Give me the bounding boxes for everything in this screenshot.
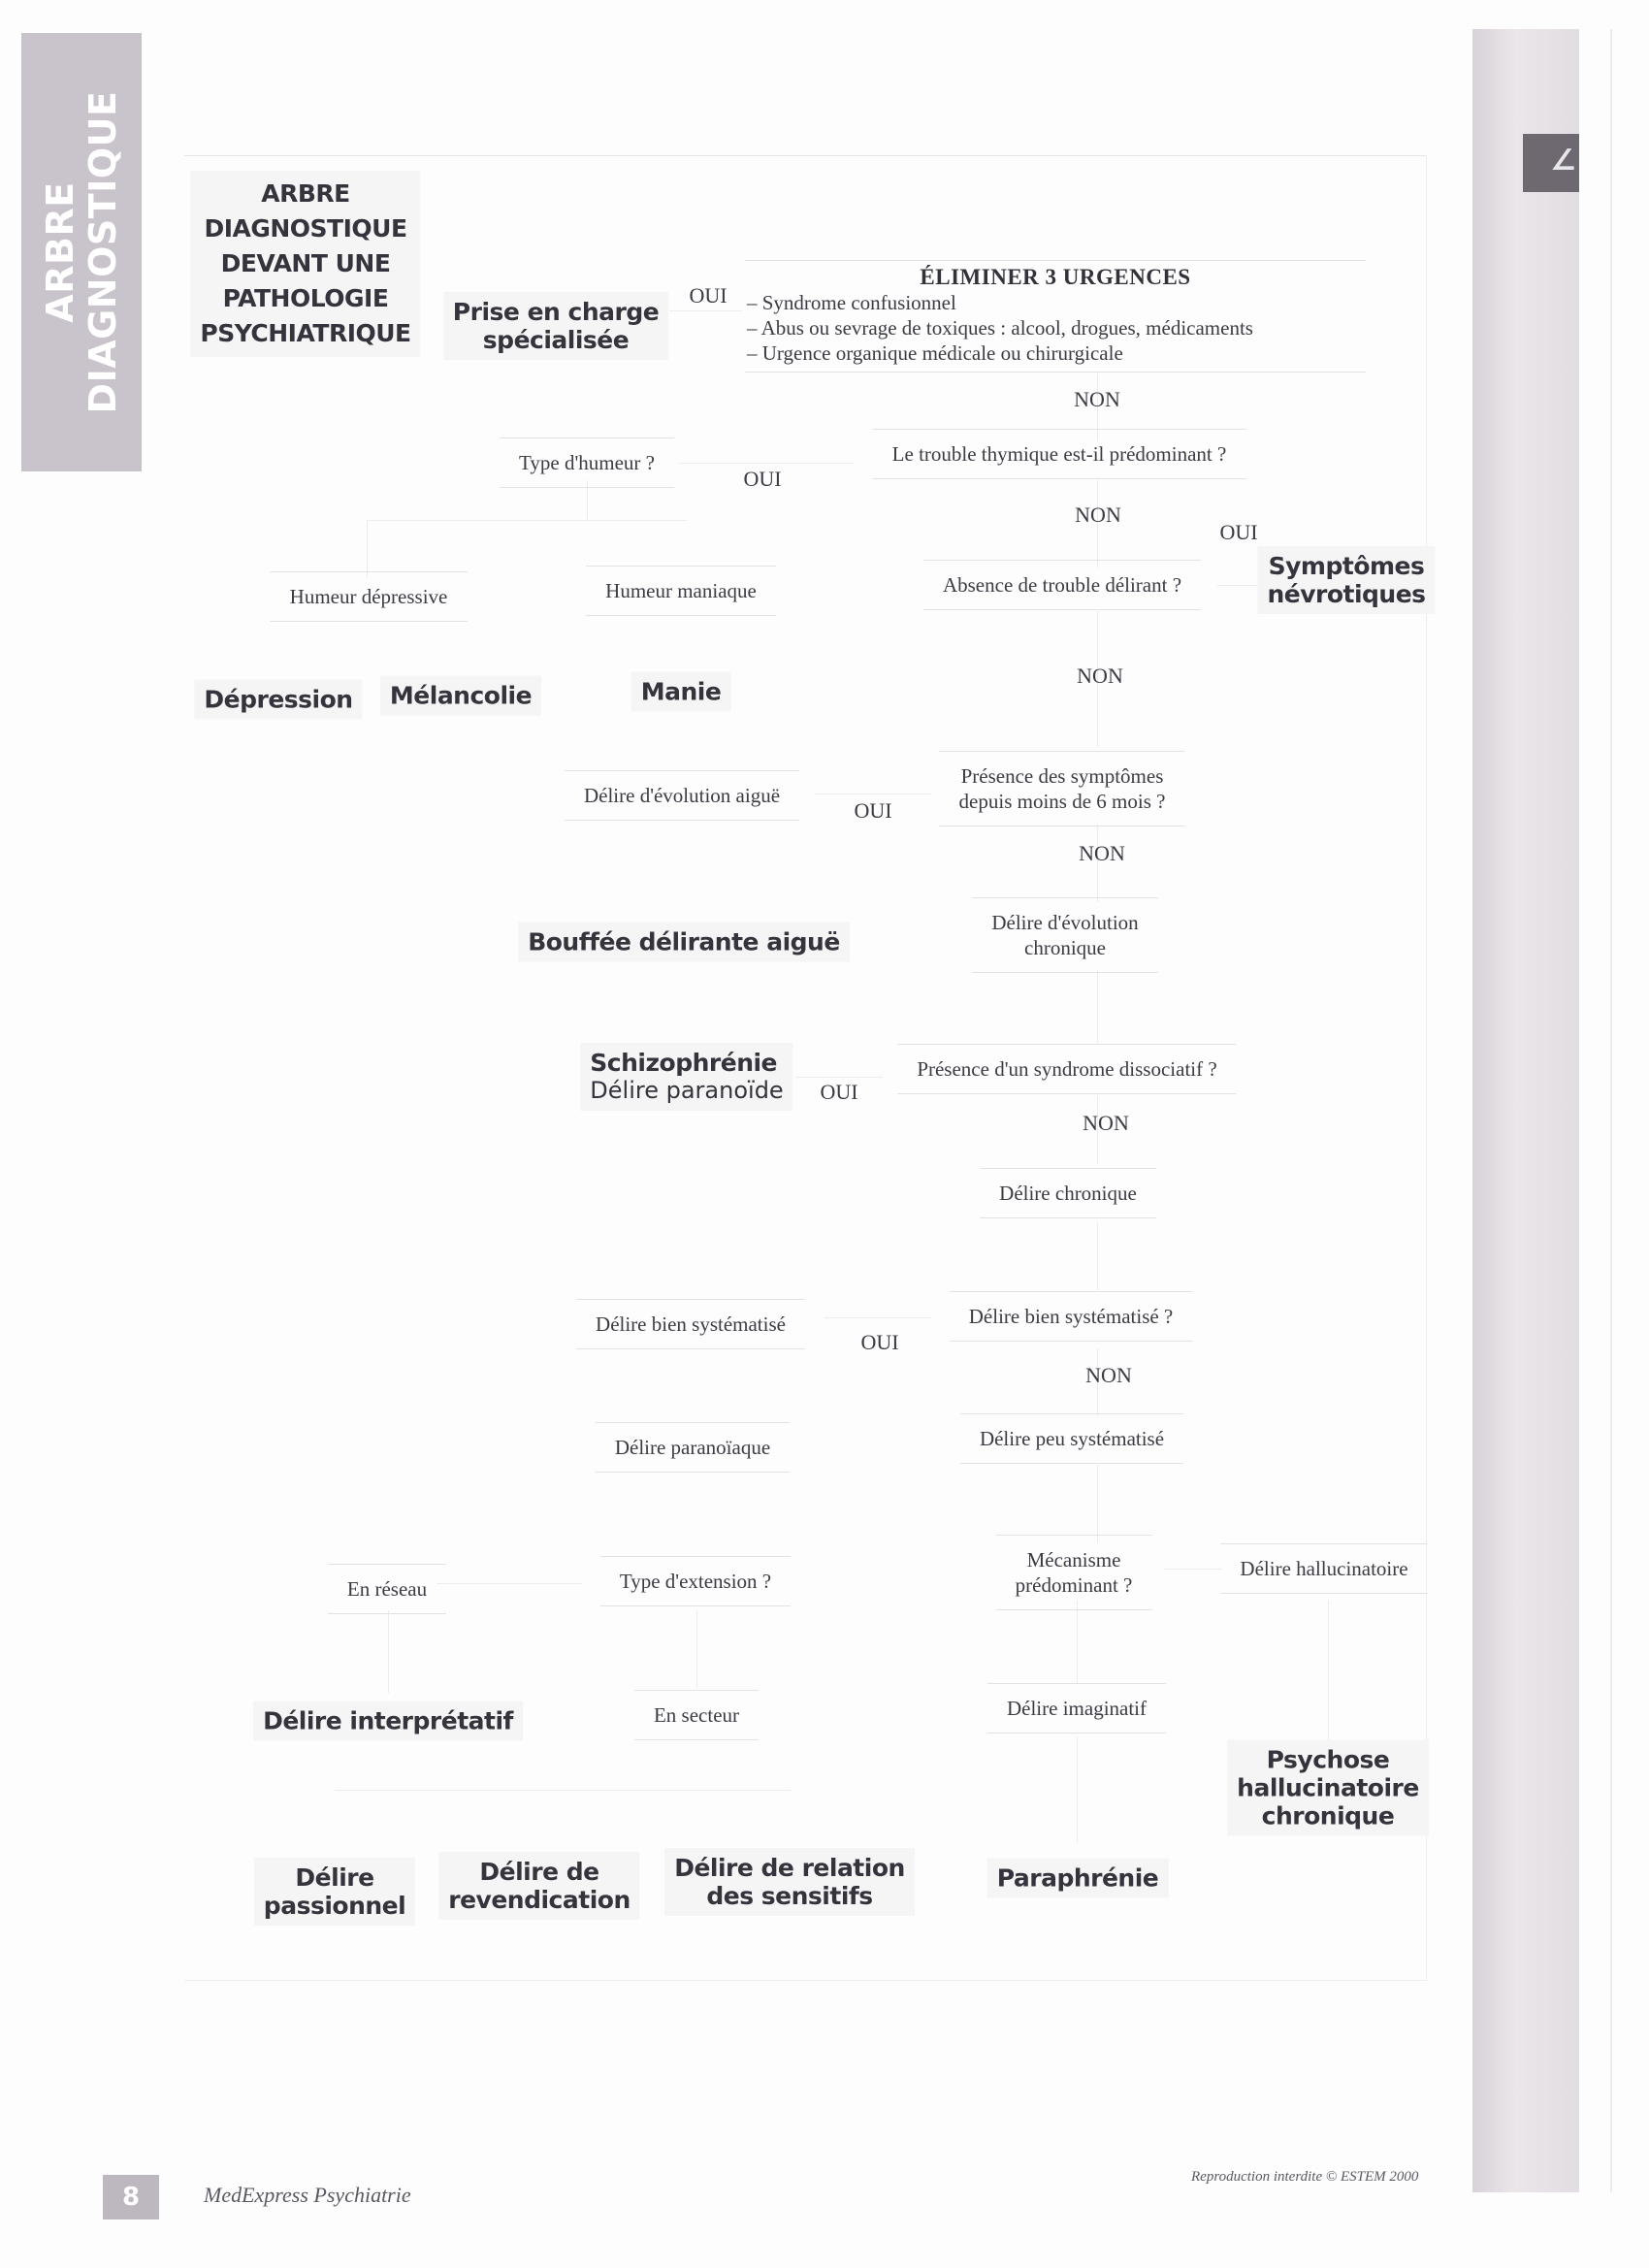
connector bbox=[824, 1317, 931, 1318]
connector bbox=[436, 1583, 582, 1584]
connector bbox=[795, 1077, 883, 1078]
node-delire-bien-systematise-question: Délire bien systématisé ? bbox=[950, 1291, 1193, 1342]
node-delire-imaginatif: Délire imaginatif bbox=[987, 1683, 1166, 1733]
page-edge-line bbox=[1610, 29, 1612, 2192]
node-line: Délire bbox=[264, 1863, 405, 1892]
title-line: DIAGNOSTIQUE bbox=[200, 211, 410, 246]
node-delire-evolution-aigue: Délire d'évolution aiguë bbox=[565, 770, 799, 821]
connector bbox=[679, 463, 854, 464]
node-symptomes-nevrotiques: Symptômes névrotiques bbox=[1257, 546, 1435, 614]
node-line: Délire d'évolution bbox=[991, 910, 1138, 935]
urgence-item: – Urgence organique médicale ou chirurgi… bbox=[745, 340, 1366, 366]
branch-label-oui: OUI bbox=[820, 1080, 857, 1105]
urgence-item: – Abus ou sevrage de toxiques : alcool, … bbox=[745, 315, 1366, 340]
node-line: depuis moins de 6 mois ? bbox=[959, 789, 1166, 814]
connector bbox=[335, 1790, 791, 1791]
section-tab-line-2: DIAGNOSTIQUE bbox=[81, 91, 124, 414]
urgence-item: – Syndrome confusionnel bbox=[745, 290, 1366, 315]
node-en-secteur: En secteur bbox=[634, 1690, 759, 1740]
connector bbox=[1164, 1569, 1222, 1570]
node-line: Délire de relation bbox=[674, 1854, 905, 1882]
section-tab: ARBREDIAGNOSTIQUE bbox=[21, 33, 142, 471]
node-prise-en-charge: Prise en charge spécialisée bbox=[443, 292, 668, 360]
node-paraphrenie: Paraphrénie bbox=[987, 1859, 1169, 1898]
branch-label-non: NON bbox=[1075, 502, 1121, 528]
connector bbox=[669, 310, 742, 311]
node-delire-chronique: Délire chronique bbox=[980, 1168, 1156, 1218]
node-line: Délire de bbox=[448, 1858, 630, 1886]
node-melancolie: Mélancolie bbox=[380, 676, 541, 716]
section-tab-line-1: ARBRE bbox=[39, 91, 81, 414]
connector bbox=[815, 794, 931, 794]
connector bbox=[367, 520, 687, 521]
node-line: Mécanisme bbox=[1016, 1547, 1133, 1572]
node-trouble-thymique: Le trouble thymique est-il prédominant ? bbox=[873, 429, 1246, 479]
node-delire-interpretatif: Délire interprétatif bbox=[253, 1701, 523, 1741]
branch-label-oui: OUI bbox=[854, 798, 891, 824]
branch-label-oui: OUI bbox=[860, 1330, 898, 1355]
title-line: DEVANT UNE bbox=[200, 246, 410, 281]
node-line: Présence des symptômes bbox=[959, 763, 1166, 789]
node-schizophrenie: Schizophrénie Délire paranoïde bbox=[580, 1043, 792, 1111]
branch-label-non: NON bbox=[1074, 387, 1120, 412]
node-presence-symptomes: Présence des symptômes depuis moins de 6… bbox=[940, 751, 1185, 826]
node-line: revendication bbox=[448, 1886, 630, 1914]
node-bouffee-delirante-aigue: Bouffée délirante aiguë bbox=[518, 923, 850, 962]
node-line: des sensitifs bbox=[674, 1882, 905, 1910]
node-line: Prise en charge bbox=[453, 298, 659, 326]
node-line: Schizophrénie bbox=[590, 1049, 783, 1077]
connector bbox=[1097, 1465, 1098, 1542]
node-delire-revendication: Délire de revendication bbox=[438, 1852, 639, 1920]
node-humeur-depressive: Humeur dépressive bbox=[271, 571, 468, 622]
connector bbox=[388, 1610, 389, 1693]
title-line: PSYCHIATRIQUE bbox=[200, 316, 410, 351]
node-delire-evolution-chronique: Délire d'évolution chronique bbox=[972, 897, 1157, 973]
branch-label-non: NON bbox=[1079, 841, 1125, 866]
connector bbox=[1097, 970, 1098, 1043]
publication-title: MedExpress Psychiatrie bbox=[204, 2183, 411, 2208]
adjacent-page-tab: ∠ bbox=[1523, 134, 1579, 192]
connector bbox=[1077, 1736, 1078, 1843]
node-line: prédominant ? bbox=[1016, 1572, 1133, 1598]
connector bbox=[696, 1610, 697, 1688]
node-line: hallucinatoire bbox=[1237, 1774, 1419, 1802]
page-number: 8 bbox=[103, 2175, 159, 2219]
connector bbox=[1097, 1222, 1098, 1290]
branch-label-non: NON bbox=[1083, 1111, 1129, 1136]
adjacent-page-edge bbox=[1472, 29, 1579, 2192]
node-line: passionnel bbox=[264, 1892, 405, 1920]
node-line: Symptômes bbox=[1267, 552, 1425, 580]
node-en-reseau: En réseau bbox=[328, 1564, 446, 1614]
node-psychose-hallucinatoire-chronique: Psychose hallucinatoire chronique bbox=[1227, 1740, 1429, 1836]
node-line: chronique bbox=[1237, 1802, 1419, 1831]
connector bbox=[1328, 1601, 1329, 1746]
node-line: névrotiques bbox=[1267, 580, 1425, 608]
branch-label-oui: OUI bbox=[743, 467, 781, 492]
branch-label-oui: OUI bbox=[1219, 520, 1257, 545]
connector bbox=[1077, 1601, 1078, 1683]
node-delire-relation-sensitifs: Délire de relation des sensitifs bbox=[664, 1848, 915, 1916]
urgences-heading: ÉLIMINER 3 URGENCES bbox=[745, 265, 1366, 290]
node-delire-hallucinatoire: Délire hallucinatoire bbox=[1220, 1543, 1427, 1594]
node-manie: Manie bbox=[631, 672, 731, 712]
node-line: spécialisée bbox=[453, 326, 659, 354]
branch-label-oui: OUI bbox=[689, 283, 727, 308]
node-line: Délire paranoïde bbox=[590, 1077, 783, 1105]
node-delire-bien-systematise: Délire bien systématisé bbox=[576, 1299, 805, 1349]
diagram-title: ARBRE DIAGNOSTIQUE DEVANT UNE PATHOLOGIE… bbox=[190, 171, 420, 357]
tab-glyph-icon: ∠ bbox=[1550, 144, 1576, 178]
node-mecanisme-predominant: Mécanisme prédominant ? bbox=[996, 1535, 1152, 1610]
connector bbox=[367, 520, 368, 578]
node-type-humeur: Type d'humeur ? bbox=[500, 437, 674, 488]
node-syndrome-dissociatif: Présence d'un syndrome dissociatif ? bbox=[897, 1044, 1236, 1094]
node-type-extension: Type d'extension ? bbox=[600, 1556, 791, 1606]
node-delire-paranoiaque: Délire paranoïaque bbox=[596, 1422, 790, 1473]
branch-label-non: NON bbox=[1077, 664, 1123, 689]
node-depression: Dépression bbox=[194, 680, 362, 720]
node-humeur-maniaque: Humeur maniaque bbox=[586, 566, 776, 616]
title-line: PATHOLOGIE bbox=[200, 281, 410, 316]
node-delire-passionnel: Délire passionnel bbox=[254, 1858, 415, 1926]
node-eliminer-urgences: ÉLIMINER 3 URGENCES – Syndrome confusion… bbox=[745, 260, 1366, 373]
title-line: ARBRE bbox=[200, 177, 410, 211]
node-line: Psychose bbox=[1237, 1746, 1419, 1774]
node-delire-peu-systematise: Délire peu systématisé bbox=[960, 1413, 1183, 1464]
node-absence-trouble-delirant: Absence de trouble délirant ? bbox=[923, 560, 1201, 610]
node-line: chronique bbox=[991, 935, 1138, 960]
copyright-notice: Reproduction interdite © ESTEM 2000 bbox=[1191, 2169, 1418, 2186]
branch-label-non: NON bbox=[1085, 1363, 1132, 1388]
